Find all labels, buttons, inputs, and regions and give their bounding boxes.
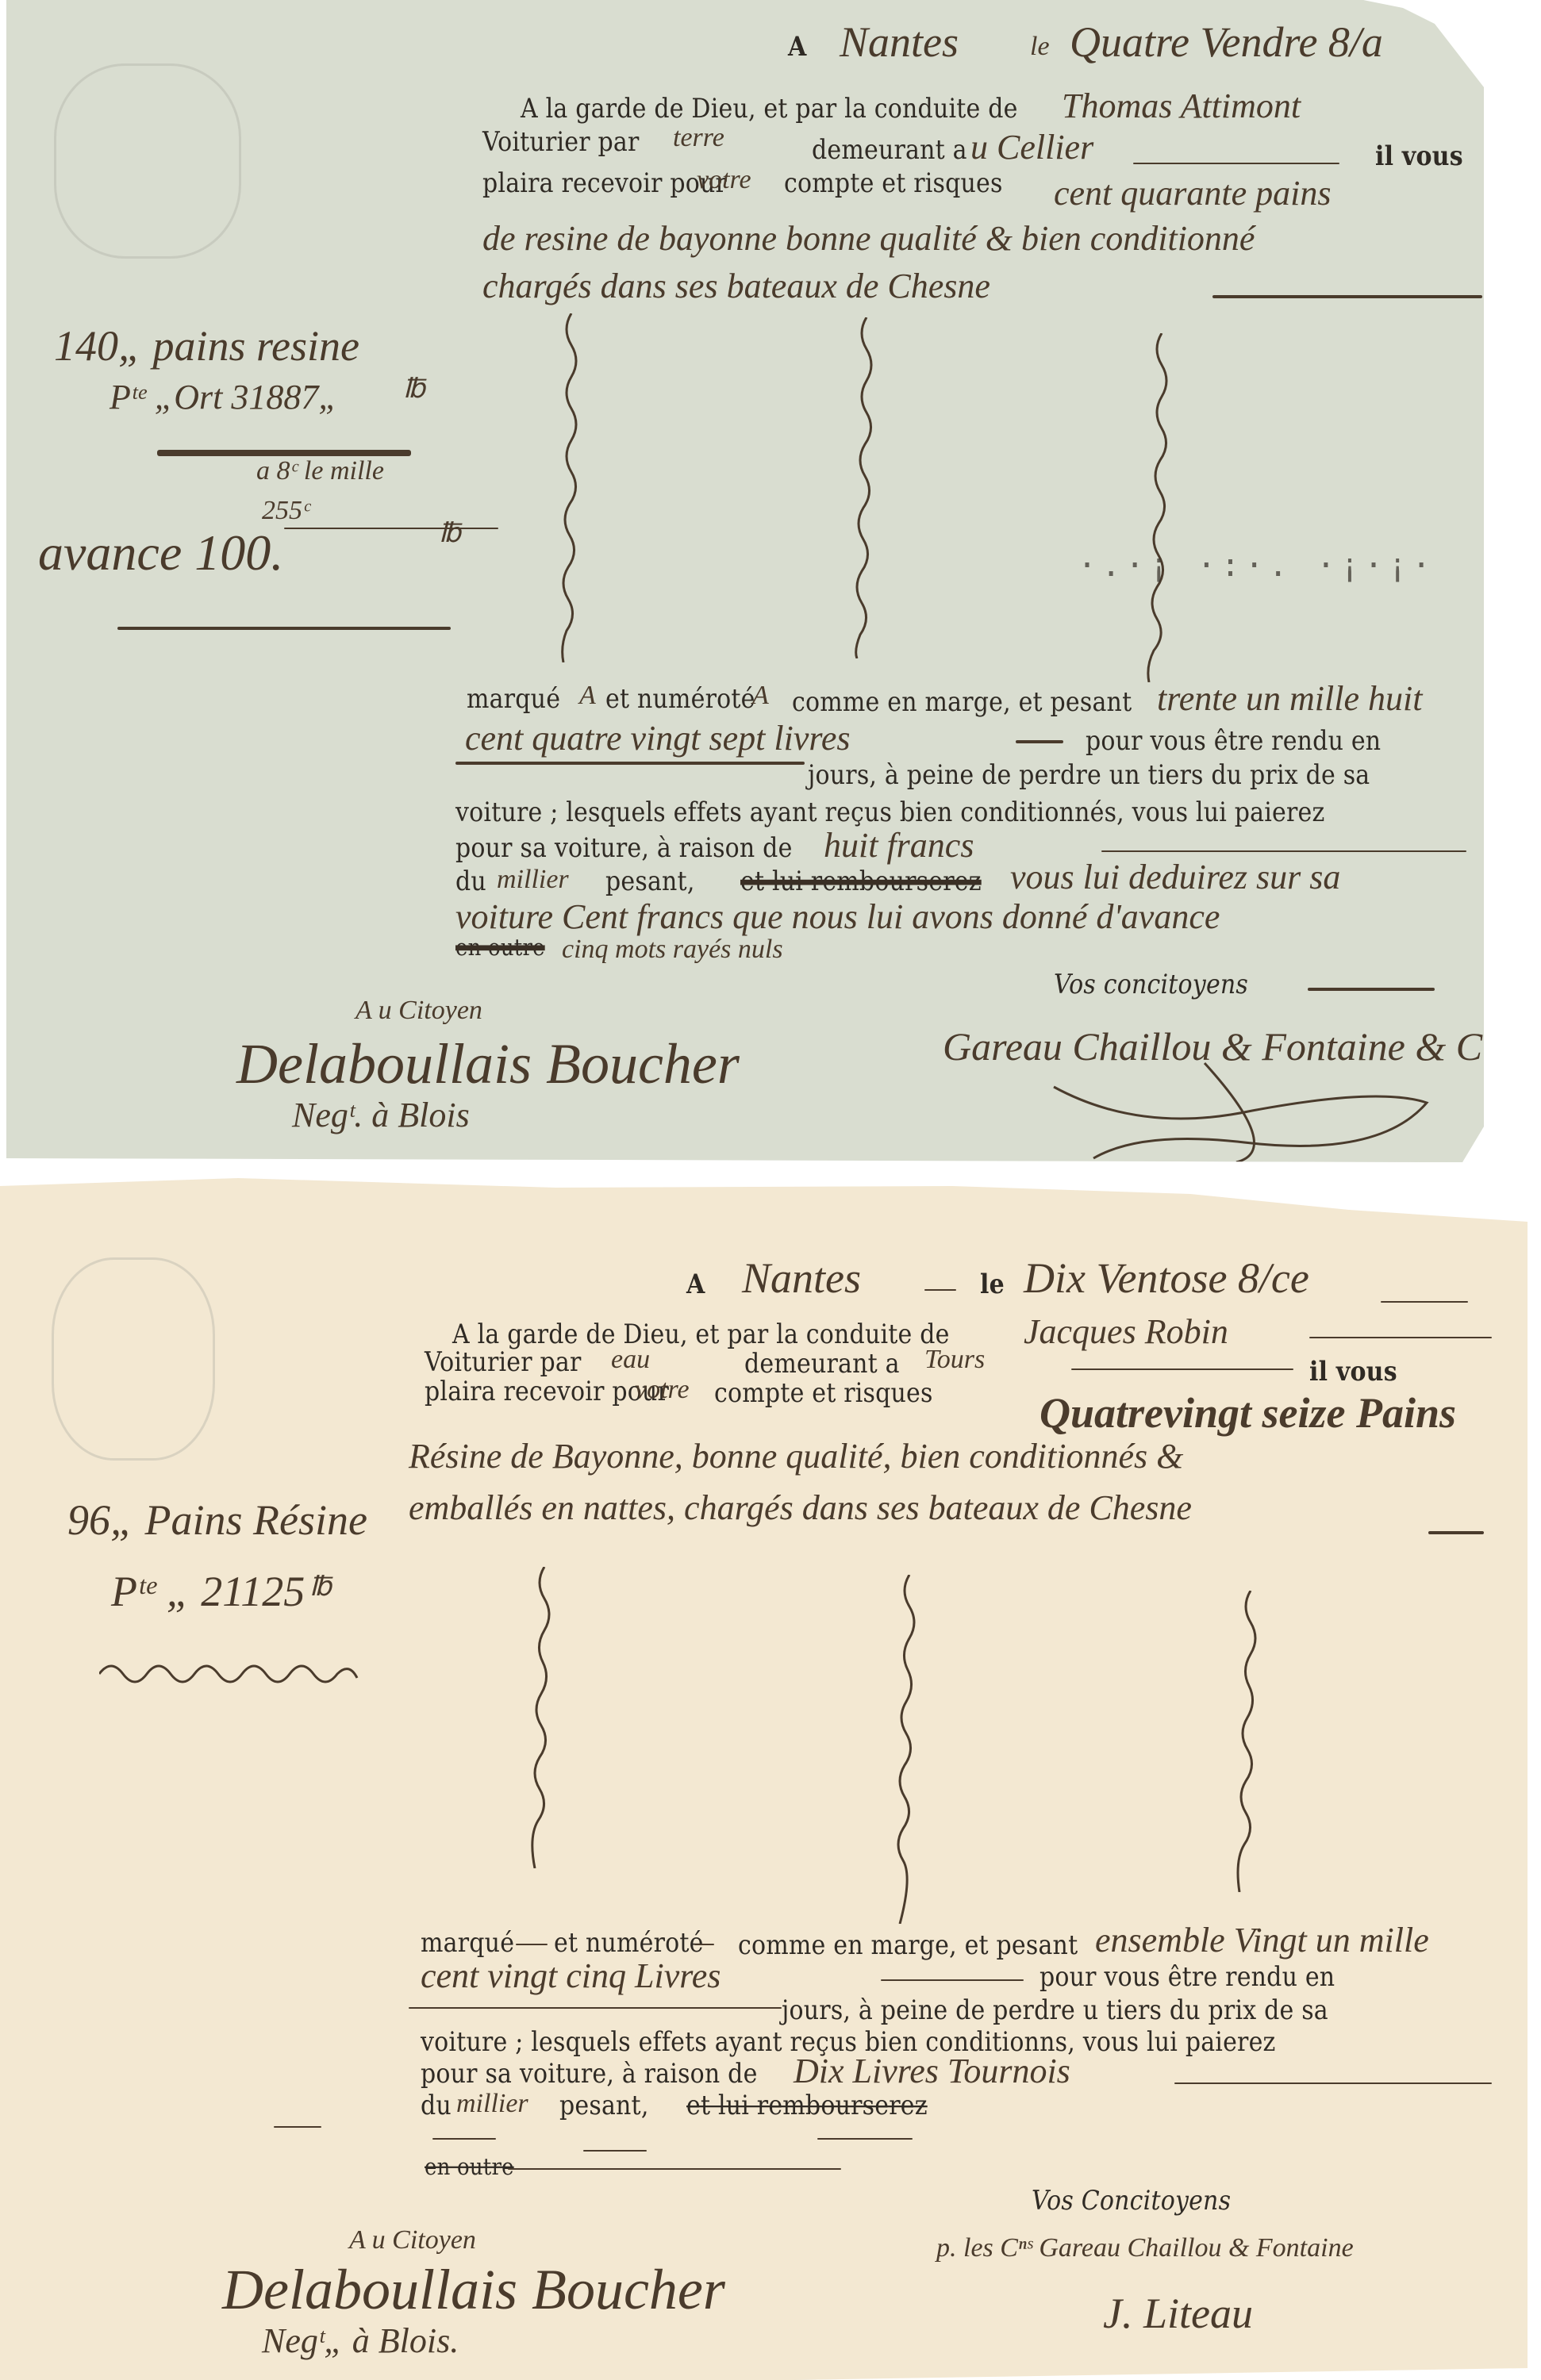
addressee-city: Negᵗ„ à Blois.: [262, 2320, 459, 2361]
place-prefix: A: [788, 32, 806, 63]
printed-marked-a: marqué: [421, 1928, 514, 1959]
printed-line-2c: il vous: [1309, 1357, 1397, 1388]
date: Dix Ventose 8/ce: [1024, 1253, 1309, 1303]
fill-line: [817, 2138, 913, 2140]
printed-per-a: du: [455, 866, 486, 897]
printed-per-a: du: [421, 2090, 452, 2121]
deduct-line-1: vous lui deduirez sur sa: [1010, 857, 1340, 897]
carrier-name: Jacques Robin: [1024, 1311, 1228, 1352]
addressee-prefix: A u Citoyen: [349, 2225, 476, 2255]
squiggle-line: [1141, 333, 1173, 682]
fill-line: [583, 2150, 647, 2152]
rate-handwritten: Dix Livres Tournois: [794, 2051, 1070, 2091]
fill-line: [1309, 1337, 1492, 1338]
printed-marked-c: comme en marge, et pesant: [792, 687, 1132, 718]
printed-days: jours, à peine de perdre u tiers du prix…: [782, 1995, 1328, 2026]
printed-delivery: pour vous être rendu en: [1040, 1962, 1335, 1993]
printed-line-1: A la garde de Dieu, et par la conduite d…: [521, 94, 1018, 125]
printed-line-1: A la garde de Dieu, et par la conduite d…: [452, 1319, 950, 1350]
fill-line: [432, 2138, 496, 2140]
printed-rate: pour sa voiture, à raison de: [455, 833, 793, 864]
printed-line-2a: Voiturier par: [425, 1347, 582, 1378]
fill-line: [924, 1289, 956, 1291]
margin-advance: avance 100.: [38, 524, 283, 582]
weight-text-2: cent quatre vingt sept livres: [465, 718, 851, 758]
date: Quatre Vendre 8/a: [1070, 17, 1383, 67]
embossed-stamp: [52, 1257, 215, 1461]
margin-quantity: 140„ pains resine: [54, 321, 359, 370]
per-unit: millier: [497, 865, 569, 895]
margin-quantity: 96„ Pains Résine: [67, 1495, 367, 1545]
faded-stamp: ·.·¡ ·:·. ·¡·¡·: [1078, 547, 1435, 584]
printed-per-b: pesant,: [559, 2090, 649, 2121]
date-prefix: le: [980, 1269, 1005, 1300]
transport-mode: terre: [673, 123, 724, 153]
fill-line: [1071, 1368, 1293, 1370]
margin-weight: Pᵗᵉ „Ort 31887„: [110, 377, 338, 417]
margin-weight-unit: ℔: [403, 373, 425, 405]
mark: A: [579, 681, 596, 711]
residence: Tours: [924, 1345, 985, 1375]
fill-line: [1381, 1301, 1468, 1303]
fill-line: [455, 762, 805, 765]
printed-line-3b: compte et risques: [714, 1378, 933, 1409]
margin-flourish: [99, 1658, 361, 1690]
transport-mode: eau: [611, 1345, 650, 1375]
fill-line: [409, 2007, 782, 2009]
printed-line-2a: Voiturier par: [482, 127, 640, 158]
goods-line-1: cent quarante pains: [1054, 173, 1332, 213]
signature-line-2: J. Liteau: [1103, 2289, 1253, 2338]
fill-line: [1308, 988, 1435, 991]
printed-delivery: pour vous être rendu en: [1086, 726, 1381, 757]
printed-line-3a: plaira recevoir pour: [482, 168, 727, 199]
signature-flourish: [1046, 1055, 1458, 1166]
struck-text: et lui rembourserez: [740, 866, 982, 897]
fill-line: [508, 2168, 841, 2170]
residence: u Cellier: [970, 127, 1093, 167]
embossed-stamp: [54, 63, 241, 259]
waybill-document-1: A Nantes le Quatre Vendre 8/a A la garde…: [6, 0, 1484, 1162]
printed-marked-a: marqué: [467, 684, 560, 715]
date-prefix: le: [1030, 32, 1050, 62]
printed-conditions: voiture ; lesquels effets ayant reçus bi…: [455, 797, 1325, 828]
fill-line: [1101, 850, 1466, 852]
waybill-document-2: A Nantes le Dix Ventose 8/ce A la garde …: [0, 1178, 1531, 2380]
margin-weight: Pᵗᵉ „ 21125: [111, 1567, 305, 1616]
printed-line-2b: demeurant a: [744, 1349, 900, 1380]
struck-outre: en outre: [455, 935, 545, 962]
annotation: cinq mots rayés nuls: [562, 935, 783, 965]
fill-line: [1133, 163, 1339, 164]
margin-rule: [117, 627, 451, 630]
printed-rate: pour sa voiture, à raison de: [421, 2059, 758, 2090]
printed-line-2c: il vous: [1375, 141, 1463, 172]
rate-handwritten: huit francs: [824, 825, 974, 866]
fill-line: [881, 1979, 1024, 1981]
margin-subtotal: 255ᶜ: [262, 496, 309, 526]
goods-line-1: Quatrevingt seize Pains: [1040, 1388, 1456, 1438]
goods-line-2: Résine de Bayonne, bonne qualité, bien c…: [409, 1436, 1183, 1476]
signature-line-1: p. les Cⁿˢ Gareau Chaillou & Fontaine: [936, 2233, 1354, 2263]
goods-line-2: de resine de bayonne bonne qualité & bie…: [482, 218, 1255, 259]
addressee-city: Negᵗ. à Blois: [292, 1095, 470, 1135]
fill-line: [1174, 2082, 1492, 2084]
printed-line-3a: plaira recevoir pour: [425, 1376, 669, 1407]
weight-text-1: ensemble Vingt un mille: [1095, 1920, 1429, 1960]
margin-advance-unit: ℔: [439, 517, 461, 549]
closing: Vos Concitoyens: [1032, 2186, 1231, 2217]
printed-marked-c: comme en marge, et pesant: [738, 1930, 1078, 1961]
squiggle-line: [524, 1567, 555, 1868]
printed-marked-b: et numéroté: [605, 684, 755, 715]
weight-text-2: cent vingt cinq Livres: [421, 1956, 721, 1996]
margin-weight-unit: ℔: [309, 1571, 332, 1603]
account: votre: [635, 1375, 690, 1405]
squiggle-line: [1230, 1591, 1262, 1892]
account: votre: [697, 165, 751, 195]
place: Nantes: [840, 17, 959, 67]
number: A: [752, 681, 769, 711]
margin-rule: [284, 528, 498, 529]
weight-text-1: trente un mille huit: [1157, 678, 1422, 719]
struck-text: et lui rembourserez: [686, 2090, 928, 2121]
place: Nantes: [742, 1253, 861, 1303]
struck-outre: en outre: [425, 2154, 514, 2181]
closing: Vos concitoyens: [1054, 969, 1248, 1000]
fill-line: [516, 1944, 548, 1945]
goods-line-3: chargés dans ses bateaux de Chesne: [482, 266, 990, 306]
printed-line-3b: compte et risques: [784, 168, 1003, 199]
printed-days: jours, à peine de perdre un tiers du pri…: [808, 760, 1370, 791]
printed-per-b: pesant,: [605, 866, 695, 897]
fill-line: [274, 2126, 321, 2128]
goods-line-3: emballés en nattes, chargés dans ses bat…: [409, 1487, 1192, 1528]
carrier-name: Thomas Attimont: [1062, 86, 1301, 126]
deduct-line-2: voiture Cent francs que nous lui avons d…: [455, 896, 1220, 937]
addressee-prefix: A u Citoyen: [355, 996, 482, 1026]
squiggle-line: [889, 1575, 920, 1924]
squiggle-line: [847, 317, 879, 658]
margin-rule: [157, 450, 411, 456]
fill-line: [1428, 1531, 1484, 1534]
addressee-name: Delaboullais Boucher: [222, 2257, 725, 2323]
fill-line: [1016, 740, 1063, 743]
printed-marked-b: et numéroté: [554, 1928, 704, 1959]
squiggle-line: [554, 313, 586, 662]
addressee-name: Delaboullais Boucher: [236, 1031, 740, 1097]
printed-line-2b: demeurant a: [812, 135, 967, 166]
margin-rate: a 8ᶜ le mille: [256, 456, 384, 486]
fill-line: [694, 1944, 714, 1945]
per-unit: millier: [456, 2089, 528, 2119]
place-prefix: A: [686, 1269, 705, 1300]
fill-line: [1212, 295, 1482, 298]
